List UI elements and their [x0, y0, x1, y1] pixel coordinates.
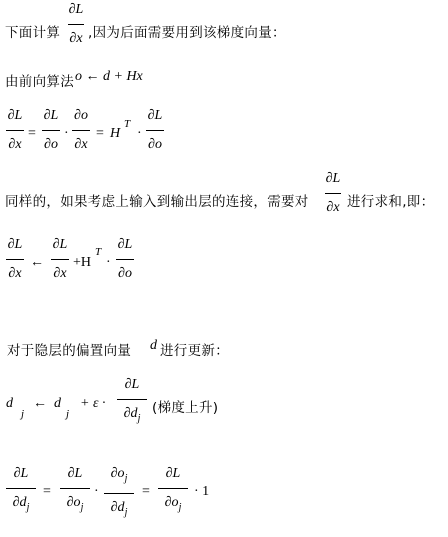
equals: = — [142, 484, 150, 500]
plus-H: +H — [73, 255, 91, 271]
note: (梯度上升) — [152, 396, 218, 416]
fraction: ∂L∂o — [146, 108, 164, 153]
var-d: d — [150, 338, 157, 354]
equals: = — [28, 126, 36, 142]
d: d — [54, 396, 61, 412]
dot: · — [94, 484, 99, 500]
arrow: ← — [33, 396, 47, 412]
transpose: T — [124, 118, 130, 130]
fraction: ∂oj ∂dj — [104, 466, 134, 521]
text: 对于隐层的偏置向量 — [7, 339, 131, 359]
text: 进行求和,即： — [347, 190, 434, 210]
fraction-dL-dx: ∂L ∂x — [68, 2, 84, 47]
text: 下面计算 — [5, 21, 60, 41]
d: d — [6, 396, 13, 412]
text: 同样的，如果考虑上输入到输出层的连接，需要对 — [5, 190, 309, 210]
fraction: ∂o∂x — [72, 108, 90, 153]
fraction: ∂L ∂dj — [6, 466, 36, 516]
times-one: · 1 — [194, 484, 209, 500]
fraction: ∂L ∂oj — [60, 466, 90, 516]
fraction-dL-dx: ∂L∂x — [325, 171, 341, 216]
text: ,因为后面需要用到该梯度向量： — [88, 21, 286, 41]
fraction: ∂L ∂dj — [117, 377, 147, 427]
H: H — [110, 126, 120, 142]
text: 进行更新： — [160, 339, 229, 359]
fraction: ∂L∂o — [42, 108, 60, 153]
transpose: T — [95, 246, 101, 258]
plus-epsilon: + ε · — [80, 396, 105, 412]
text: 由前向算法 — [5, 70, 74, 90]
fraction: ∂L∂x — [51, 237, 69, 282]
fraction: ∂L∂o — [116, 237, 134, 282]
subscript: j — [66, 408, 69, 420]
dot: · — [137, 126, 142, 142]
fraction: ∂L∂x — [6, 108, 24, 153]
formula: o ← d + Hx — [75, 69, 143, 85]
subscript: j — [21, 408, 24, 420]
dot: · — [106, 255, 111, 271]
dot: · — [64, 126, 69, 142]
equals: = — [43, 484, 51, 500]
equals: = — [96, 126, 104, 142]
fraction: ∂L ∂oj — [158, 466, 188, 516]
fraction: ∂L∂x — [6, 237, 24, 282]
arrow: ← — [30, 255, 44, 271]
